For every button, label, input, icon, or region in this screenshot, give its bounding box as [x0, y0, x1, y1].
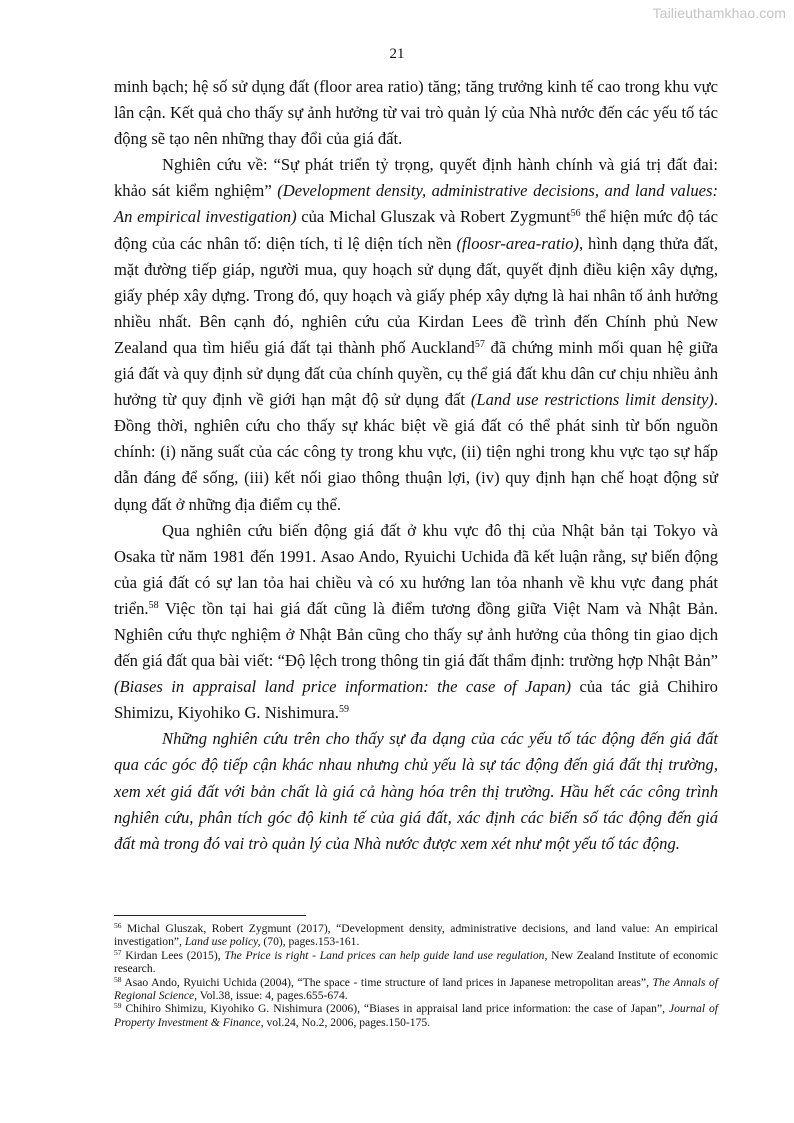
text-run: Kirdan Lees (2015), [122, 949, 225, 962]
footnote-ref: 57 [475, 339, 485, 350]
footnote-ref: 56 [571, 208, 581, 219]
footnotes: 56 Michal Gluszak, Robert Zygmunt (2017)… [114, 922, 718, 1029]
watermark: Tailieuthamkhao.com [653, 5, 786, 21]
text-run: minh bạch; hệ số sử dụng đất (floor area… [114, 77, 718, 148]
text-run: (70), pages.153-161. [261, 935, 360, 948]
footnote-ref: 58 [149, 600, 159, 611]
footnote-57: 57 Kirdan Lees (2015), The Price is righ… [114, 949, 718, 976]
footnote-59: 59 Chihiro Shimizu, Kiyohiko G. Nishimur… [114, 1002, 718, 1029]
paragraph-italic-summary: Những nghiên cứu trên cho thấy sự đa dạn… [114, 726, 718, 856]
body-text: minh bạch; hệ số sử dụng đất (floor area… [114, 74, 718, 857]
paragraph: Qua nghiên cứu biến động giá đất ở khu v… [114, 518, 718, 727]
footnote-56: 56 Michal Gluszak, Robert Zygmunt (2017)… [114, 922, 718, 949]
italic-run: Land use policy, [185, 935, 261, 948]
paragraph: minh bạch; hệ số sử dụng đất (floor area… [114, 74, 718, 152]
footnote-separator [114, 915, 306, 916]
paragraph: Nghiên cứu về: “Sự phát triển tỷ trọng, … [114, 152, 718, 517]
page-number: 21 [0, 46, 794, 63]
text-run: Chihiro Shimizu, Kiyohiko G. Nishimura (… [122, 1002, 669, 1015]
italic-run: The Price is right - Land prices can hel… [224, 949, 547, 962]
italic-run: (floosr-area-ratio) [456, 234, 579, 253]
footnote-ref: 57 [114, 948, 122, 957]
text-run: Asao Ando, Ryuichi Uchida (2004), “The s… [122, 976, 653, 989]
italic-run: Những nghiên cứu trên cho thấy sự đa dạn… [114, 729, 718, 852]
text-run: Vol.38, issue: 4, pages.655-674. [197, 989, 348, 1002]
footnote-ref: 59 [114, 1001, 122, 1010]
text-run: , vol.24, No.2, 2006, pages.150-175. [261, 1016, 430, 1029]
footnote-ref: 58 [114, 975, 122, 984]
footnote-ref: 56 [114, 921, 122, 930]
text-run: của Michal Gluszak và Robert Zygmunt [297, 207, 571, 226]
italic-run: (Biases in appraisal land price informat… [114, 677, 571, 696]
footnote-ref: 59 [339, 704, 349, 715]
italic-run: (Land use restrictions limit density) [471, 390, 714, 409]
footnote-58: 58 Asao Ando, Ryuichi Uchida (2004), “Th… [114, 976, 718, 1003]
text-run: Việc tồn tại hai giá đất cũng là điểm tư… [114, 599, 718, 670]
